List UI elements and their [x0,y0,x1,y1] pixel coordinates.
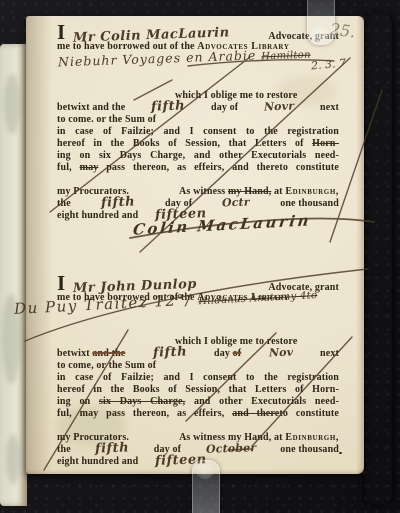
next-word: next [320,348,339,360]
charge-pre: ing on six Days Charge, and other Execut… [57,150,339,161]
struck-title-note: Hamilton [261,50,311,63]
constitute-line: ful, may pass thereon, as effeirs, and t… [57,408,339,420]
sum-line: to come, or the Sum of [57,360,339,372]
page-strap-top [307,0,335,45]
oblige-line: which I oblige me to restore [175,336,339,348]
struck-may: may [80,162,99,173]
witness-mid: at [274,186,285,197]
struck-charge: six Days Charge, [99,396,185,407]
constitute-pre: ful, [57,162,80,173]
fill-day: fifth [151,101,185,112]
constitute-line: ful, may pass thereon, as effeirs, and t… [57,162,339,174]
one-thousand: one thousand [280,198,339,210]
fill-sig-day: fifth [95,443,129,454]
ink-spot [339,452,342,454]
charge-line: ing on six Days Charge, and other Execut… [57,396,339,408]
the-word: the [57,198,71,210]
edinburgh-text: Edinburgh, [285,186,339,197]
session-line: hereof in the Books of Session, that Let… [57,138,339,150]
next-word: next [320,102,339,114]
oblige-line: which I oblige me to restore [175,90,339,102]
betwixt-pre: betwixt and the [57,102,125,114]
constitute-post: to constitute [279,408,339,419]
eight-hundred: eight hundred and [57,210,138,221]
day-of: day of [211,102,238,114]
struck-of: of [233,348,242,359]
fill-sig-month: Octr [222,198,250,209]
entry-header: I Mr Colin MacLaurin Advocate, grant [57,25,339,41]
struck-and-there: and there [232,408,279,419]
edinburgh-text: Edinburgh, [285,432,339,443]
struck-and-the: and the [92,348,125,359]
bleedthrough-mark [6,434,20,484]
betwixt-pre: betwixt [57,348,92,359]
strap-tip [196,463,214,479]
witness-pre: As witness [179,186,228,197]
session-line: hereof in the Books of Session, that Let… [57,384,339,396]
witness-line: my Procurators. As witness my Hand, at E… [57,186,339,198]
the-word: the [57,444,71,456]
fill-sig-month: October [205,443,256,455]
charge-post: and other Executorials need- [185,396,339,407]
gutter-previous-page-edge [0,44,27,506]
page-strap-bottom [192,460,220,513]
fill-month: Novr [264,101,295,112]
failzie-line: in case of Failzie; and I consent to the… [57,372,339,384]
charge-line: ing on six Days Charge, and other Execut… [57,150,339,162]
struck-horning: Horn- [312,138,339,149]
charge-pre: ing on [57,396,99,407]
constitute-pre: ful, may pass thereon, as effeirs, [57,408,232,419]
betwixt-line: betwixt and the fifth day of Novr next [57,102,339,114]
day-of: day [214,348,233,359]
register-photo: 25. 2. 3. 7 Niebuhr Voyages en Arabie Ha… [0,0,400,513]
one-thousand: one thousand [280,444,339,456]
constitute-post: pass thereon, as effeirs, and thereto co… [98,162,339,173]
book-fore-edge [362,12,392,506]
betwixt-line: betwixt and the fifth day of Nov next [57,348,339,360]
failzie-line: in case of Failzie; and I consent to the… [57,126,339,138]
session-pre: hereof in the Books of Session, that Let… [57,384,339,395]
fill-sig-day: fifth [101,197,135,208]
sum-line: to come. or the Sum of [57,114,339,126]
bleedthrough-mark [4,74,20,134]
witness-mid: at [274,432,285,443]
fill-month: Nov [268,348,293,359]
session-pre: hereof in the Books of Session, that Let… [57,138,312,149]
fill-day: fifth [152,347,186,358]
strap-tip [311,26,329,42]
eight-hundred: eight hundred and [57,456,138,467]
